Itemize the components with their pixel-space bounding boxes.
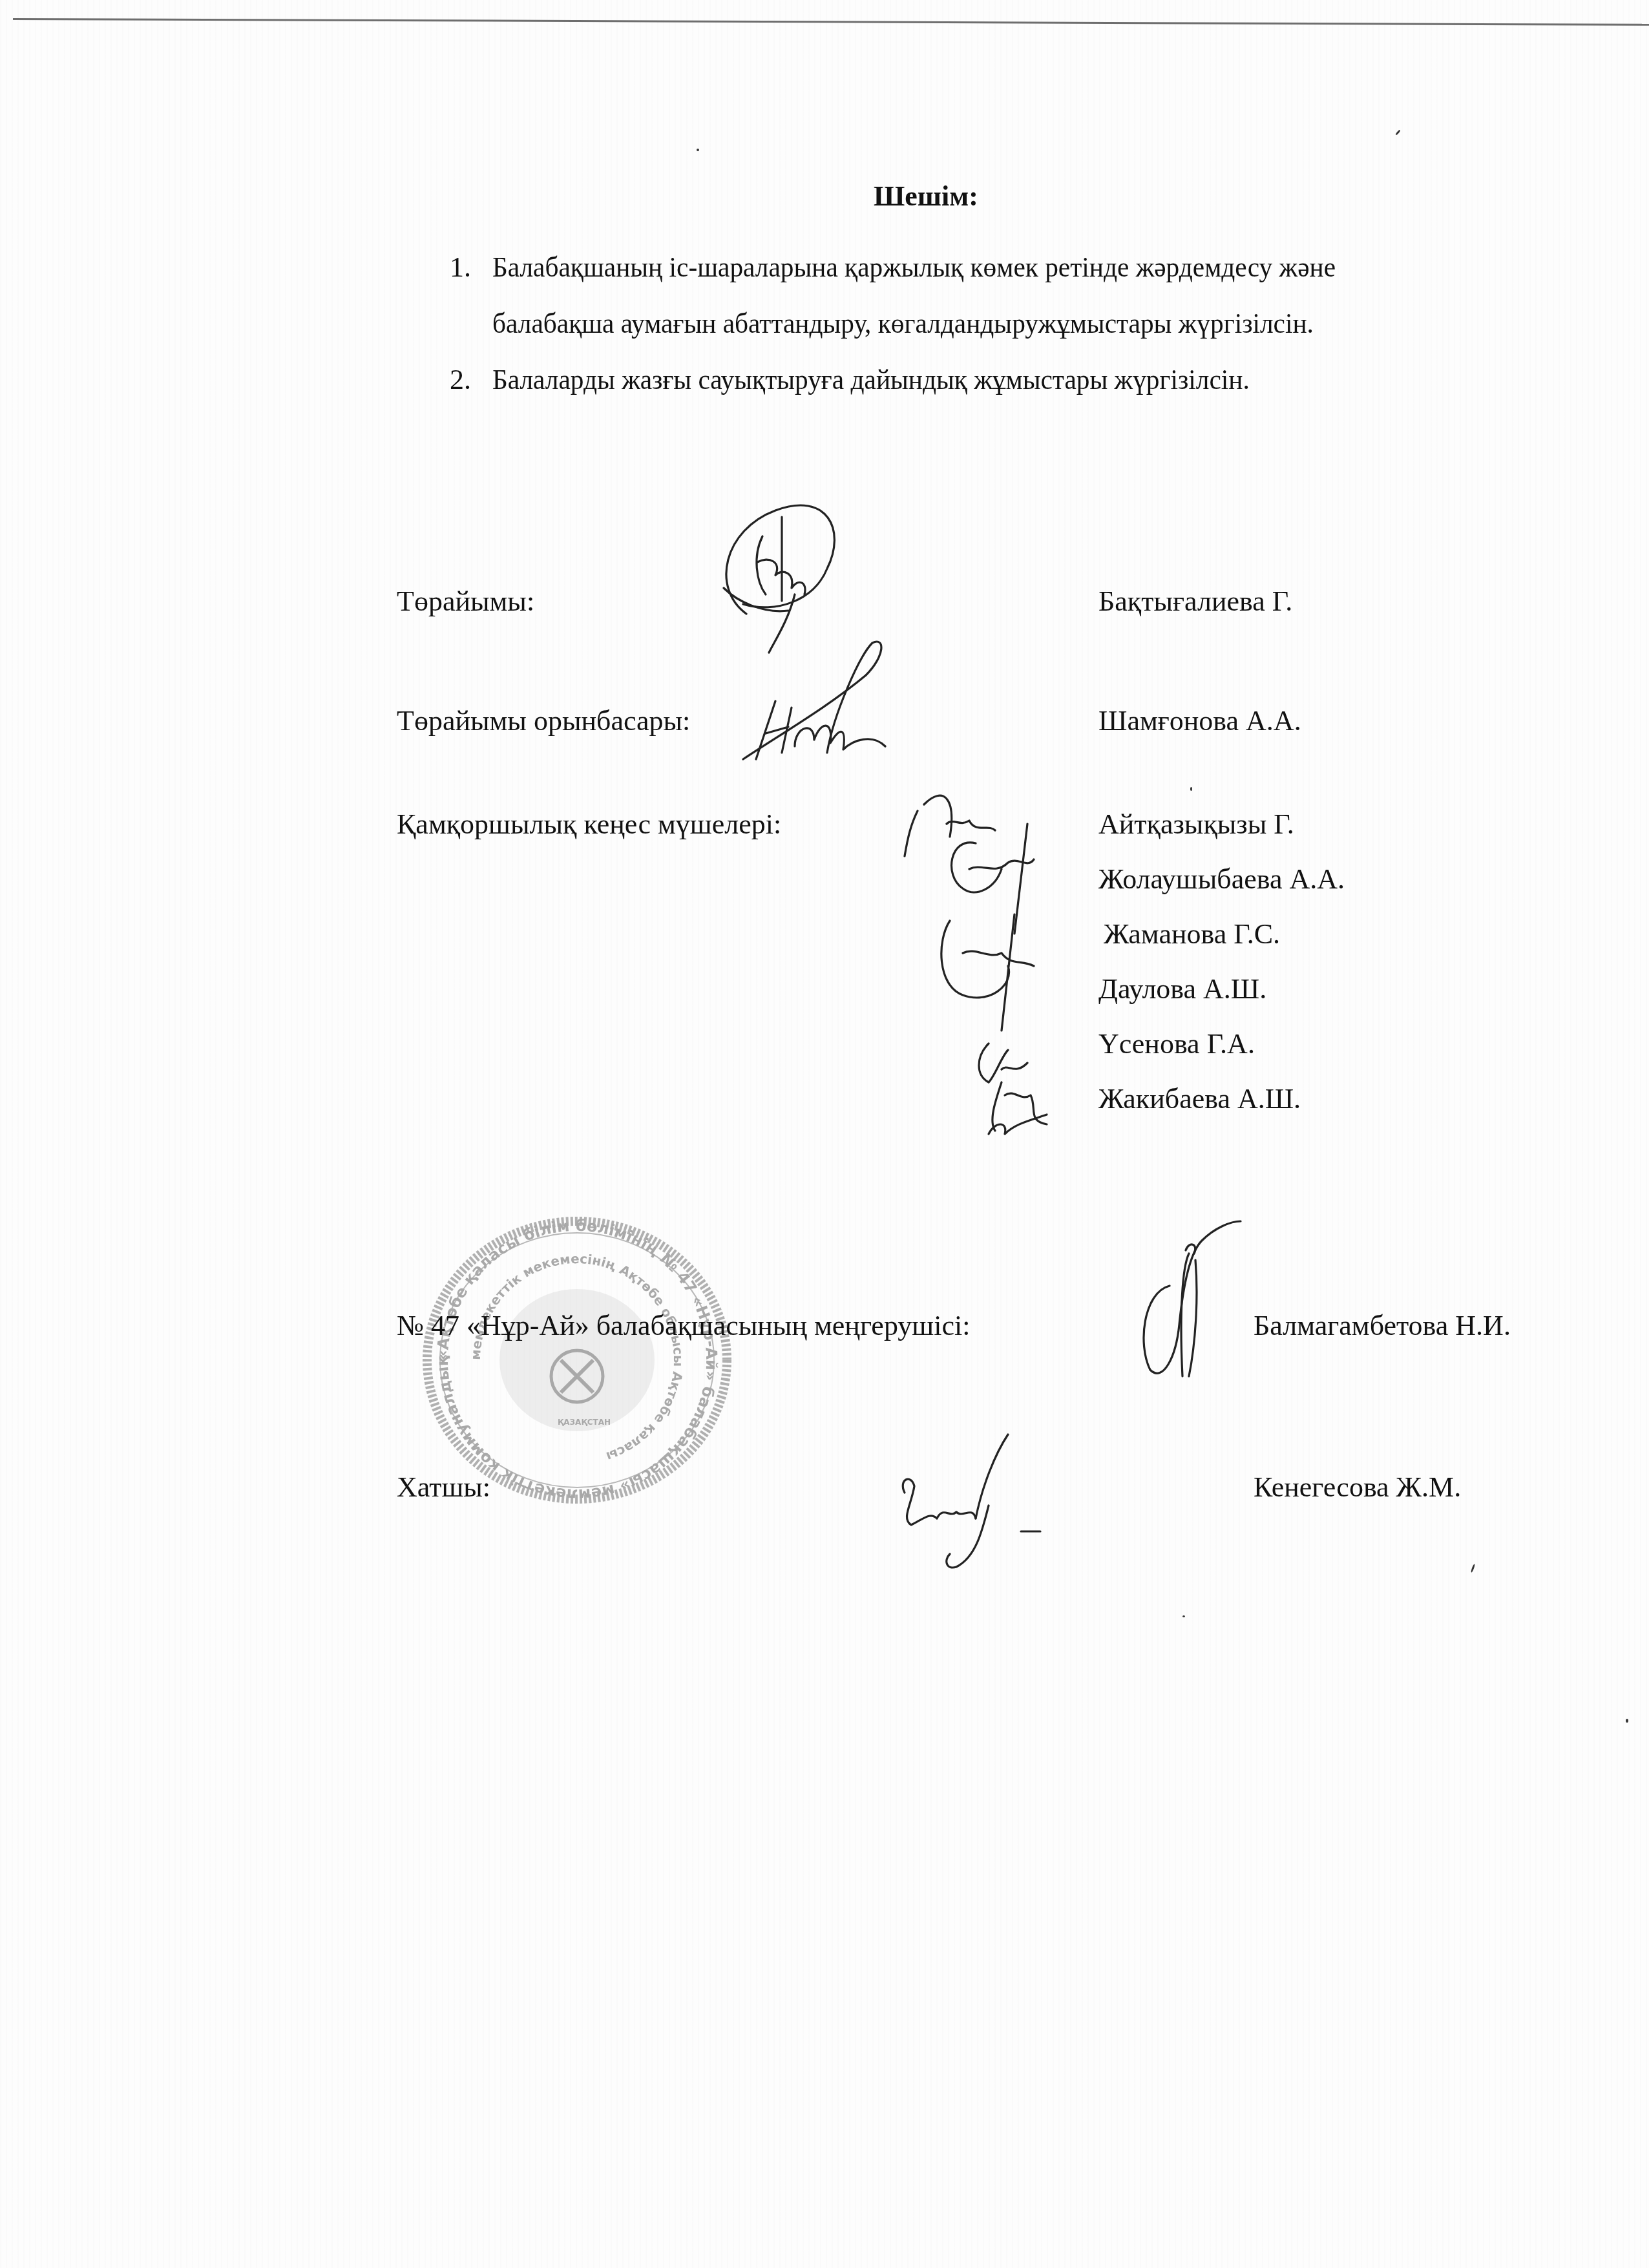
signatory-name: Балмагамбетова Н.И. xyxy=(1254,1309,1511,1342)
board-member-name: Үсенова Г.А. xyxy=(1098,1027,1255,1060)
decision-heading: Шешім: xyxy=(874,180,978,213)
board-member-name: Айтқазықызы Г. xyxy=(1098,808,1294,841)
decision-number: 2. xyxy=(450,363,471,396)
official-round-stamp: «Ақтөбе қаласы білім бөлімінің № 47 «Нұр… xyxy=(419,1215,735,1506)
signatory-name: Кенегесова Ж.М. xyxy=(1254,1471,1461,1504)
head-signature xyxy=(1118,1215,1260,1383)
role-label: № 47 «Нұр-Ай» балабақшасының меңгерушісі… xyxy=(397,1309,970,1342)
signatory-name: Бақтығалиева Г. xyxy=(1098,585,1292,618)
decision-text-line: Балаларды жазғы сауықтыруға дайындық жұм… xyxy=(492,363,1250,396)
scan-artifact xyxy=(1182,1615,1185,1617)
role-label: Төрайымы: xyxy=(397,585,534,618)
signatory-name: Шамғонова А.А. xyxy=(1098,704,1301,737)
role-label: Қамқоршылық кеңес мүшелері: xyxy=(397,808,781,841)
board-member-name: Жолаушыбаева А.А. xyxy=(1098,863,1345,896)
board-member-name: Жаманова Г.С. xyxy=(1104,918,1280,950)
board-member-name: Жакибаева А.Ш. xyxy=(1098,1082,1301,1115)
board-member-name: Даулова А.Ш. xyxy=(1098,972,1266,1005)
scan-artifact xyxy=(697,149,699,151)
board-members-signatures xyxy=(898,772,1092,1134)
stamp-center-label: ҚАЗАҚСТАН xyxy=(558,1418,611,1427)
scan-artifact xyxy=(1626,1719,1628,1723)
decision-text-line: балабақша аумағын абаттандыру, көгалданд… xyxy=(492,307,1314,340)
role-label: Төрайымы орынбасары: xyxy=(397,704,690,737)
deputy-chair-signature xyxy=(730,636,924,772)
scan-artifact xyxy=(1190,787,1192,791)
decision-number: 1. xyxy=(450,251,471,284)
chair-signature xyxy=(685,491,879,659)
scanned-paper-background xyxy=(0,0,1649,2268)
decision-text-line: Балабақшаның іс-шараларына қаржылық көме… xyxy=(492,251,1336,284)
role-label: Хатшы: xyxy=(397,1471,490,1504)
secretary-signature xyxy=(885,1422,1053,1570)
